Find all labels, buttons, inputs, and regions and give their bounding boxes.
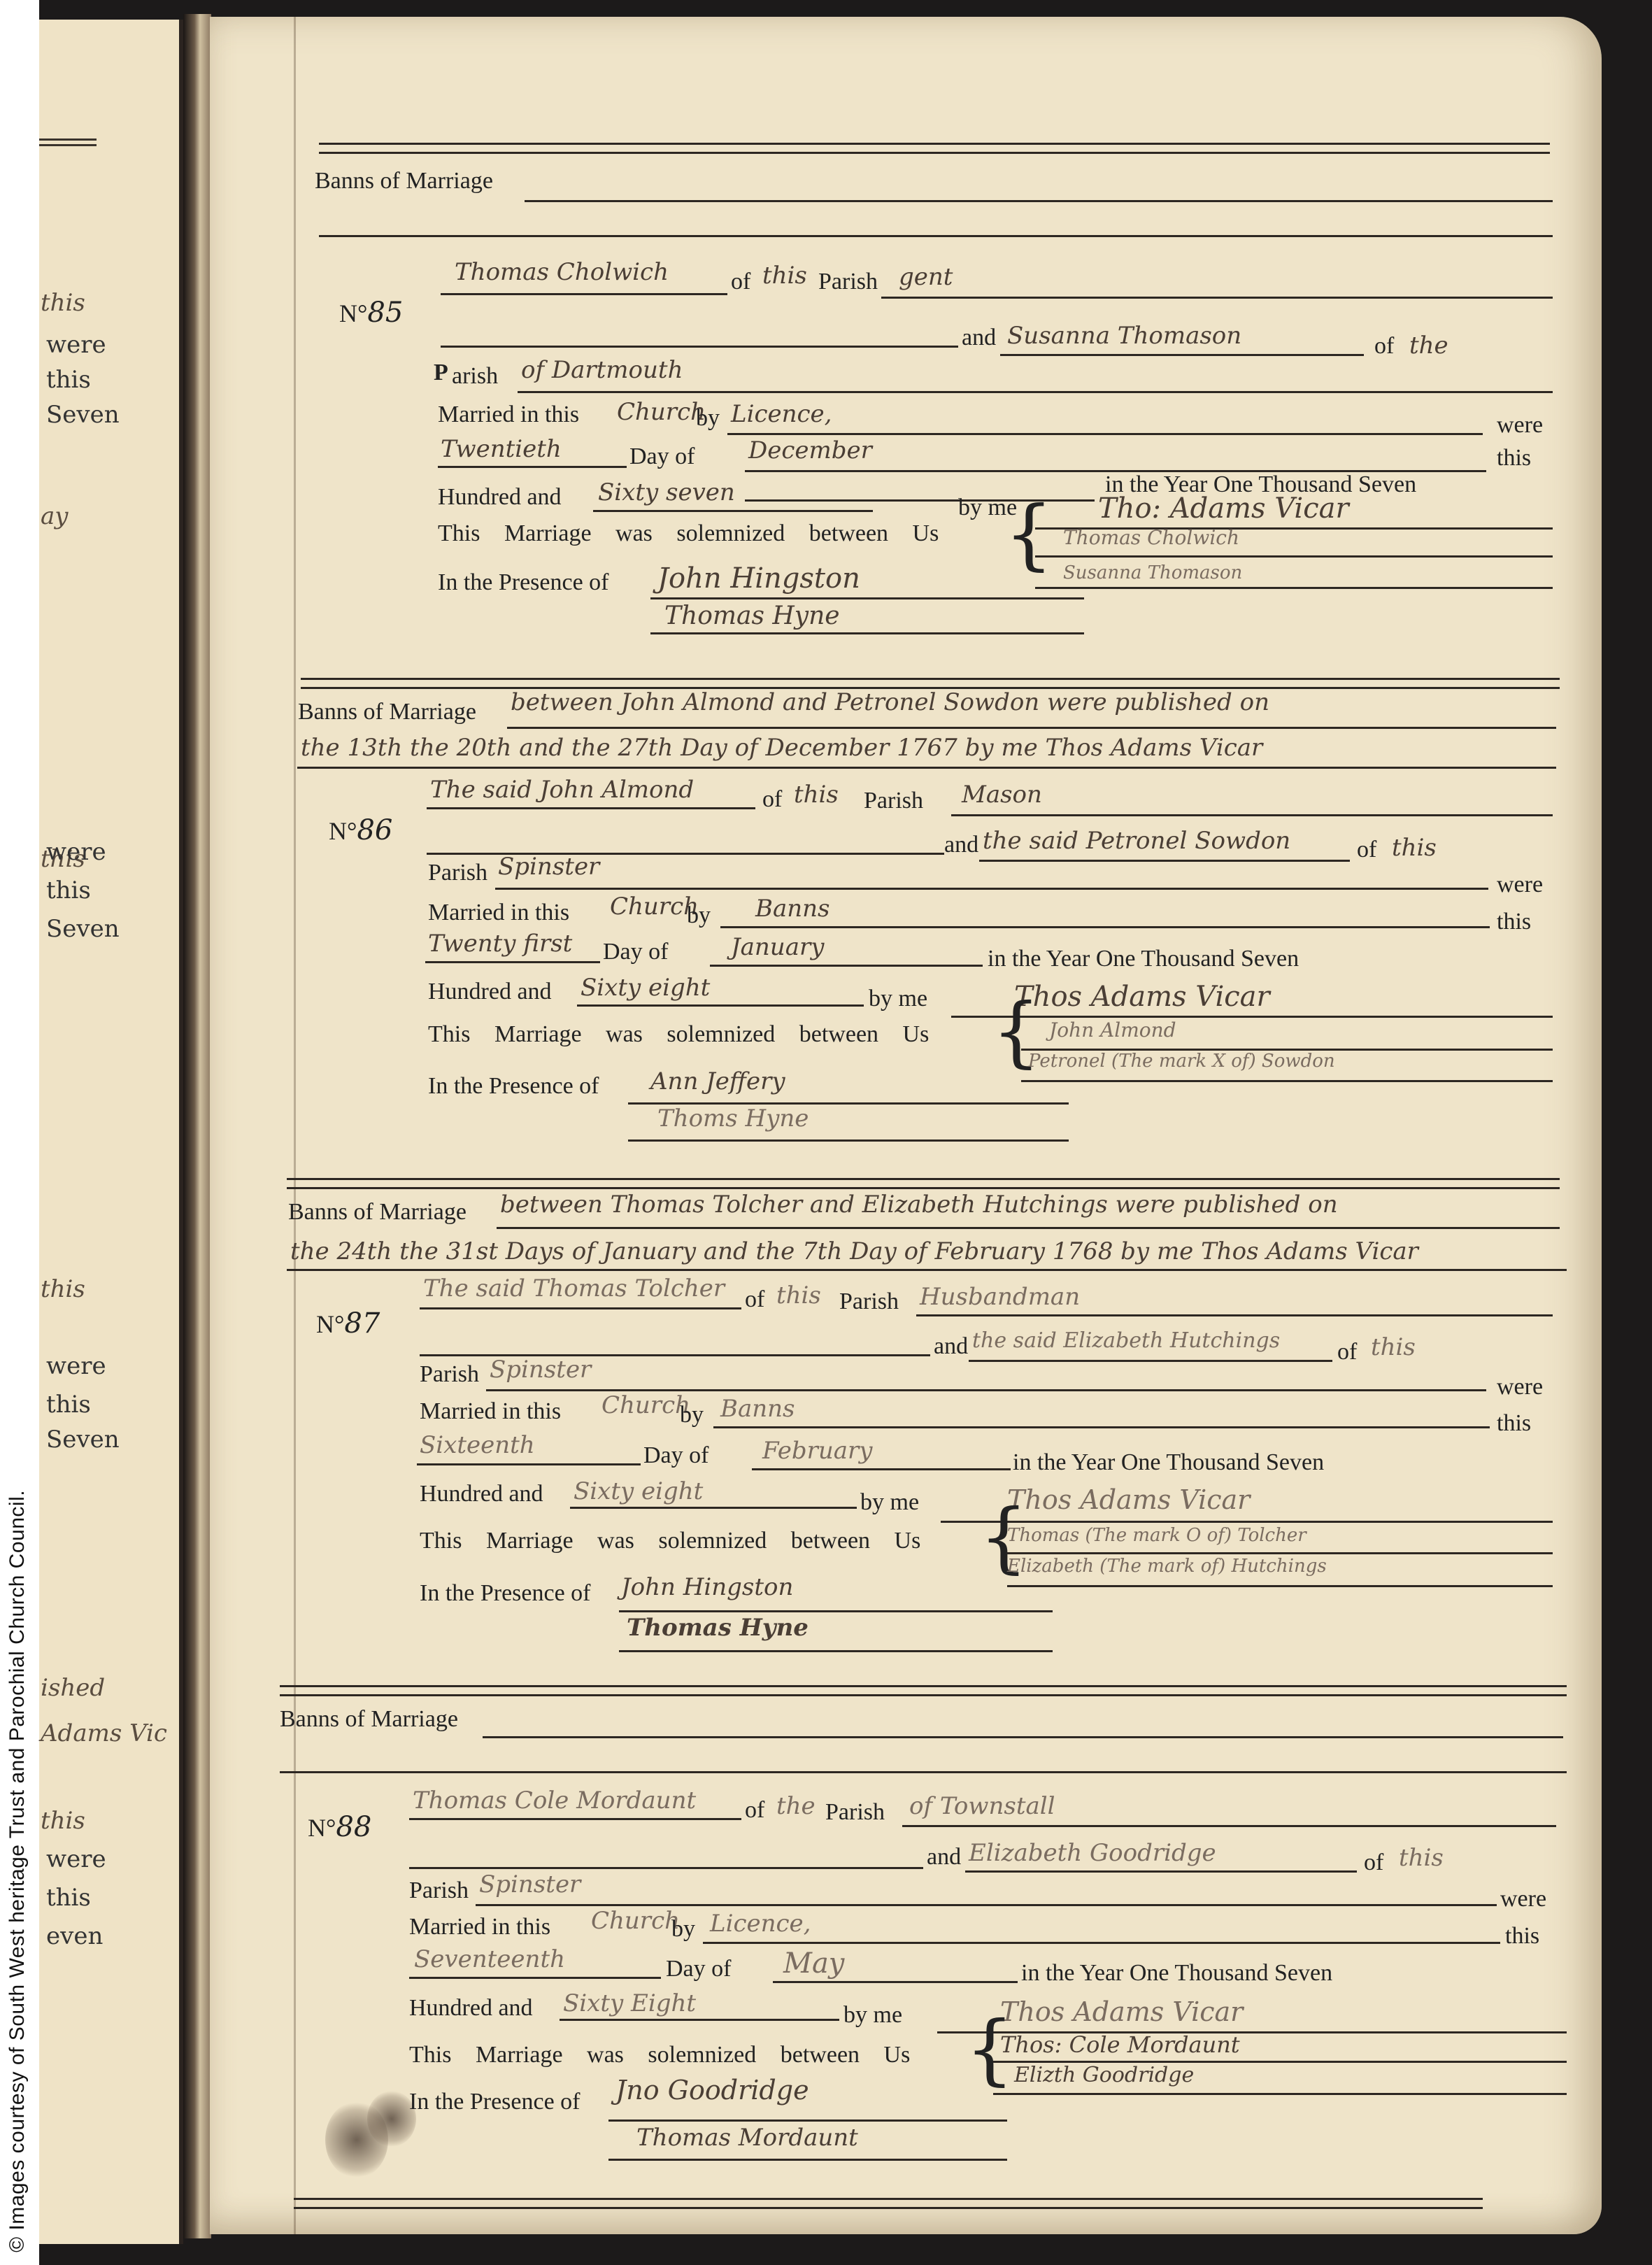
field-line [476,1904,1497,1906]
banns-line [525,200,1553,202]
field-line [710,965,983,967]
printed-fragment: this [46,1391,91,1419]
bride-name: Susanna Thomason [1007,322,1241,350]
printed-fragment: were [46,838,106,866]
field-line [593,510,873,512]
bride-parish: Spinster [479,1870,581,1898]
year: Sixty eight [581,974,710,1002]
banns-line [280,1771,1567,1773]
label-by-me: by me [869,986,927,1012]
witness: Thomas Hyne [664,602,840,630]
label-this: this [1505,1923,1539,1950]
officiant: Thos Adams Vicar [1007,1484,1250,1515]
field-line [773,1981,1018,1983]
label-hundred-and: Hundred and [428,979,552,1005]
field-line [703,1942,1500,1944]
label-by-me: by me [843,2002,902,2029]
field-line [902,1825,1556,1827]
bride-name: Elizabeth Goodridge [969,1839,1216,1867]
field-line [1007,1552,1553,1554]
label-by-me: by me [860,1489,919,1516]
entry-number: N°85 [339,297,403,329]
printed-fragment: were [46,331,106,359]
printed-fragment: this [46,366,91,394]
label-year: in the Year One Thousand Seven [1021,1960,1332,1987]
label-solemnized: This Marriage was solemnized between Us [428,1021,929,1048]
label-were: were [1497,1374,1543,1400]
printed-fragment: Seven [46,915,120,943]
signature: Elizth Goodridge [1014,2063,1194,2087]
field-line [720,926,1490,928]
field-line [608,2159,1007,2161]
banns-line [287,1269,1567,1271]
label-and: and [934,1333,968,1360]
field-line [1035,587,1553,589]
label-by: by [696,405,720,432]
field-line [650,632,1084,634]
field-line [881,297,1553,299]
groom-parish: the [776,1792,816,1820]
place: Church [610,893,699,921]
field-line [628,1139,1069,1142]
bride-name: the said Elizabeth Hutchings [972,1328,1280,1353]
field-line [969,1360,1332,1362]
rule [39,144,97,146]
label-married-in: Married in this [409,1914,550,1940]
groom-name: The said John Almond [430,776,694,804]
banns-text: between John Almond and Petronel Sowdon … [511,688,1269,716]
double-rule [280,1685,1567,1696]
signature: John Almond [1049,1018,1176,1042]
entry-number: N°88 [308,1811,371,1843]
printed-fragment: even [46,1922,103,1950]
label-by: by [680,1402,704,1428]
label-presence: In the Presence of [438,569,609,596]
witness: John Hingston [657,562,860,595]
field-line [1007,1585,1553,1587]
witness: Ann Jeffery [650,1067,785,1095]
bride-parish-ref: the [1409,332,1448,360]
field-line [495,888,1488,890]
field-line [650,597,1084,599]
banns-line [483,1736,1563,1738]
field-line [409,1818,741,1820]
label-married-in: Married in this [428,900,569,926]
handwritten-fragment: ay [41,502,68,530]
label-of: of [1374,333,1394,360]
double-rule [319,143,1550,154]
bride-parish-ref: this [1399,1844,1444,1872]
signature: Susanna Thomason [1063,562,1242,583]
field-line [441,293,727,295]
bride-parish-ref: this [1392,834,1437,862]
field-line [438,466,627,468]
label-parish: arish [452,363,498,390]
groom-status: of Townstall [909,1792,1055,1820]
label-parish: Parish [839,1288,899,1315]
label-year: in the Year One Thousand Seven [988,946,1299,972]
label-by: by [671,1916,695,1943]
field-line [752,1468,1011,1470]
label-of: of [762,786,782,813]
label-day-of: Day of [629,443,695,470]
double-rule [301,678,1560,689]
bride-parish: of Dartmouth [521,356,683,384]
banns-text: the 13th the 20th and the 27th Day of De… [301,734,1262,762]
month: December [748,436,872,464]
label-day-of: Day of [603,939,668,965]
printed-fragment: this [46,1884,91,1912]
signature: Thomas Cholwich [1063,526,1239,549]
field-line [577,1004,864,1007]
label-this: this [1497,909,1531,935]
bride-parish: Spinster [498,853,599,881]
label-solemnized: This Marriage was solemnized between Us [438,520,939,547]
field-line [417,1463,641,1465]
officiant: Thos Adams Vicar [1000,1996,1243,2027]
field-line [951,814,1553,816]
field-line [1000,354,1364,356]
groom-parish: this [762,262,807,290]
label-hundred-and: Hundred and [409,1995,533,2022]
groom-name: Thomas Cholwich [455,258,669,286]
banns-line [297,767,1556,769]
bride-parish-ref: this [1371,1333,1416,1361]
day: Twenty first [428,930,572,958]
signature: Elizabeth (The mark of) Hutchings [1007,1556,1327,1577]
label-parish: Parish [864,788,923,814]
banns-label: Banns of Marriage [315,168,493,194]
brace: { [1004,495,1053,572]
year: Sixty seven [598,478,735,506]
signature: Thos: Cole Mordaunt [1000,2031,1240,2058]
field-line [409,1977,661,1979]
label-parish-initial: P [434,360,448,386]
day: Twentieth [441,435,562,463]
entry-number: N°86 [329,814,392,846]
year: Sixty eight [574,1477,703,1505]
marriage-method: Banns [755,895,830,923]
place: Church [601,1391,690,1419]
label-married-in: Married in this [420,1398,561,1425]
officiant: Thos Adams Vicar [1014,981,1270,1013]
printed-fragment: were [46,1352,106,1380]
label-by: by [687,902,711,929]
banns-text: between Thomas Tolcher and Elizabeth Hut… [500,1191,1338,1219]
month: January [731,933,824,961]
field-line [619,1610,1053,1612]
label-parish: Parish [420,1361,479,1388]
banns-line [497,1227,1560,1229]
banns-label: Banns of Marriage [288,1199,467,1226]
handwritten-fragment: this [41,1807,85,1835]
groom-name: Thomas Cole Mordaunt [413,1787,696,1815]
witness: Thomas Hyne [627,1614,809,1642]
witness: Jno Goodridge [615,2075,809,2106]
marriage-method: Banns [720,1395,795,1423]
label-hundred-and: Hundred and [438,484,562,511]
groom-parish: this [776,1281,821,1309]
field-line [993,2093,1567,2095]
label-and: and [927,1844,961,1870]
label-of: of [1337,1339,1357,1365]
label-were: were [1497,872,1543,898]
handwritten-fragment: Adams Vic [41,1719,167,1747]
label-parish: Parish [818,269,878,295]
banns-line [319,235,1553,237]
field-line [427,807,755,809]
label-of: of [745,1286,764,1313]
banns-line [507,727,1556,729]
banns-label: Banns of Marriage [280,1706,458,1733]
field-line [1035,555,1553,558]
signature: Thomas (The mark O of) Tolcher [1007,1525,1306,1546]
bride-parish: Spinster [490,1356,591,1384]
label-of: of [1364,1849,1383,1876]
place: Church [617,398,706,426]
groom-status: Mason [962,781,1042,809]
field-line [727,433,1483,435]
label-this: this [1497,445,1531,471]
field-line [619,1650,1053,1652]
field-line [713,1426,1490,1428]
groom-parish: this [794,781,839,809]
handwritten-fragment: ished [41,1674,105,1702]
field-line [409,1867,923,1869]
field-line [916,1314,1553,1316]
label-hundred-and: Hundred and [420,1481,543,1507]
groom-status: gent [899,263,953,291]
field-line [951,1016,1553,1018]
label-this: this [1497,1410,1531,1437]
day: Seventeenth [414,1945,565,1973]
label-were: were [1497,412,1543,439]
marriage-method: Licence, [731,400,832,428]
field-line [420,1307,741,1309]
printed-fragment: Seven [46,1426,120,1454]
label-presence: In the Presence of [420,1580,591,1607]
handwritten-fragment: this [41,1275,85,1303]
label-of: of [731,269,750,295]
printed-fragment: were [46,1845,106,1873]
month: February [762,1437,873,1465]
label-were: were [1500,1886,1546,1912]
label-solemnized: This Marriage was solemnized between Us [420,1528,920,1554]
label-of: of [745,1797,764,1824]
handwritten-fragment: this [41,289,85,317]
officiant: Tho: Adams Vicar [1098,492,1349,525]
label-presence: In the Presence of [428,1073,599,1100]
day: Sixteenth [420,1431,535,1459]
rule [39,139,97,141]
banns-text: the 24th the 31st Days of January and th… [290,1237,1418,1265]
margin-line [294,17,296,2234]
label-of: of [1357,837,1376,863]
double-rule [287,1178,1560,1189]
field-line [560,2019,839,2021]
double-rule [294,2198,1483,2209]
groom-status: Husbandman [920,1283,1080,1311]
label-year: in the Year One Thousand Seven [1013,1449,1324,1476]
field-line [979,860,1350,862]
field-line [608,2120,1007,2122]
witness: John Hingston [621,1573,793,1601]
field-line [941,1521,1553,1523]
place: Church [591,1907,680,1935]
book-spine [183,14,211,2238]
groom-name: The said Thomas Tolcher [423,1274,725,1302]
marriage-method: Licence, [710,1910,811,1938]
bride-name: the said Petronel Sowdon [983,827,1290,855]
label-day-of: Day of [643,1442,708,1469]
printed-fragment: this [46,876,91,904]
year: Sixty Eight [563,1989,696,2017]
field-line [425,961,600,963]
field-line [441,346,958,348]
printed-fragment: Seven [46,401,120,429]
copyright-notice: © Images courtesy of South West heritage… [6,1490,29,2252]
month: May [783,1947,844,1980]
field-line [570,1507,857,1509]
signature: Petronel (The mark X of) Sowdon [1028,1051,1335,1072]
banns-label: Banns of Marriage [298,699,476,725]
field-line [1021,1080,1553,1082]
witness: Thomas Mordaunt [636,2124,858,2152]
left-page-edge: this were this Seven ay this were this S… [39,20,183,2244]
label-solemnized: This Marriage was solemnized between Us [409,2042,910,2068]
label-parish: Parish [825,1799,885,1826]
label-presence: In the Presence of [409,2089,581,2115]
field-line [965,1870,1357,1873]
label-parish: Parish [409,1877,469,1904]
witness: Thoms Hyne [657,1105,809,1132]
field-line [518,391,1553,393]
entry-number: N°87 [316,1307,380,1340]
label-parish: Parish [428,860,487,886]
label-married-in: Married in this [438,402,579,428]
label-day-of: Day of [666,1956,731,1982]
label-and: and [944,832,978,858]
label-and: and [962,325,996,351]
register-page: Banns of Marriage N°85 Thomas Cholwich o… [210,17,1602,2234]
